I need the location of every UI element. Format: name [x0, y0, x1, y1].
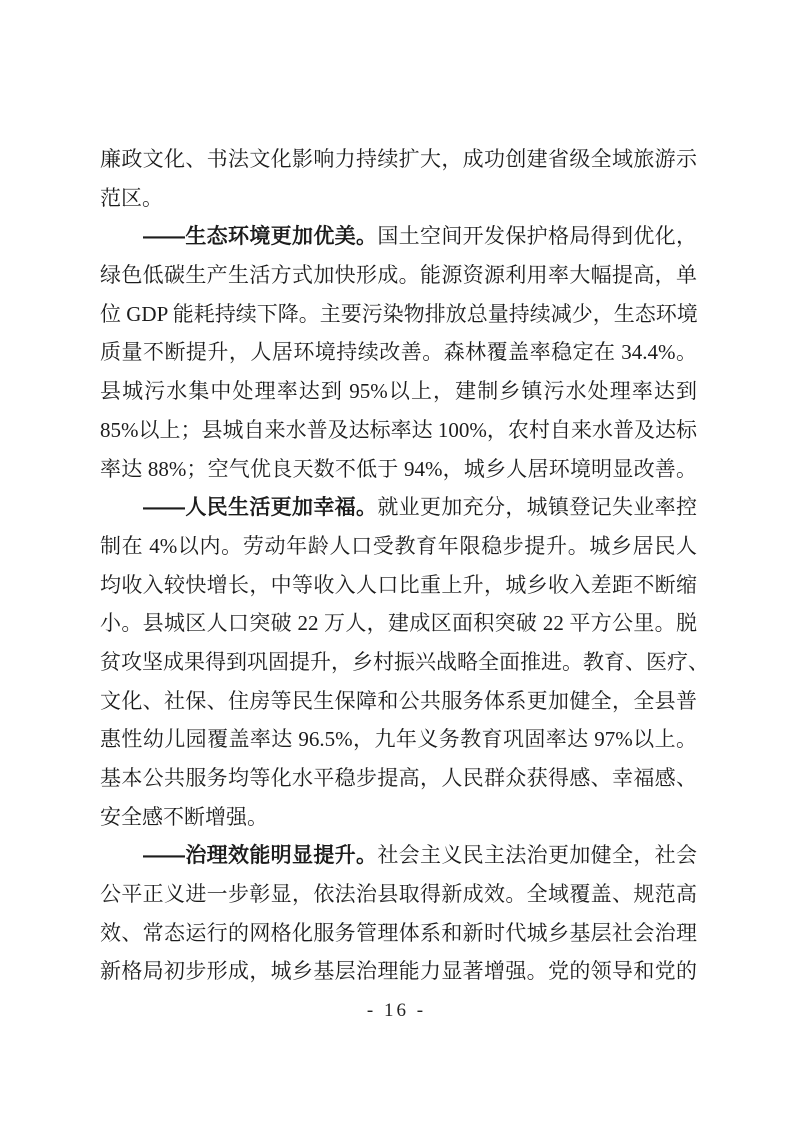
line-text: 贫攻坚成果得到巩固提升，乡村振兴战略全面推进。教育、医疗、	[100, 650, 709, 674]
line-text: 基本公共服务均等化水平稳步提高，人民群众获得感、幸福感、	[100, 766, 697, 790]
text-line: 基本公共服务均等化水平稳步提高，人民群众获得感、幸福感、	[100, 759, 697, 798]
text-line: 小。县城区人口突破 22 万人，建成区面积突破 22 平方公里。脱	[100, 604, 697, 643]
text-line: 位 GDP 能耗持续下降。主要污染物排放总量持续减少，生态环境	[100, 295, 697, 334]
text-line: 公平正义进一步彰显，依法治县取得新成效。全域覆盖、规范高	[100, 875, 697, 914]
line-text: 国土空间开发保护格局得到优化，	[377, 224, 697, 248]
line-text: 质量不断提升，人居环境持续改善。森林覆盖率稳定在 34.4%。	[100, 340, 697, 364]
text-line: 制在 4%以内。劳动年龄人口受教育年限稳步提升。城乡居民人	[100, 527, 697, 566]
text-line: 新格局初步形成，城乡基层治理能力显著增强。党的领导和党的	[100, 952, 697, 991]
text-line: 廉政文化、书法文化影响力持续扩大，成功创建省级全域旅游示	[100, 140, 697, 179]
line-text: 均收入较快增长，中等收入人口比重上升，城乡收入差距不断缩	[100, 573, 697, 597]
line-text: 85%以上；县城自来水普及达标率达 100%，农村自来水普及达标	[100, 418, 697, 442]
line-text: 位 GDP 能耗持续下降。主要污染物排放总量持续减少，生态环境	[100, 302, 698, 326]
section-heading-bold: ——人民生活更加幸福。	[143, 496, 377, 519]
line-text: 廉政文化、书法文化影响力持续扩大，成功创建省级全域旅游示	[100, 147, 697, 171]
line-text: 文化、社保、住房等民生保障和公共服务体系更加健全，全县普	[100, 689, 697, 713]
line-text: 小。县城区人口突破 22 万人，建成区面积突破 22 平方公里。脱	[100, 611, 697, 635]
section-heading-line-livelihood: ——人民生活更加幸福。就业更加充分，城镇登记失业率控	[100, 488, 697, 527]
text-line: 文化、社保、住房等民生保障和公共服务体系更加健全，全县普	[100, 682, 697, 721]
section-heading-line-governance: ——治理效能明显提升。社会主义民主法治更加健全，社会	[100, 836, 697, 875]
line-text: 社会主义民主法治更加健全，社会	[377, 843, 697, 867]
text-line: 效、常态运行的网格化服务管理体系和新时代城乡基层社会治理	[100, 914, 697, 953]
text-line: 质量不断提升，人居环境持续改善。森林覆盖率稳定在 34.4%。	[100, 333, 697, 372]
text-line: 率达 88%；空气优良天数不低于 94%，城乡人居环境明显改善。	[100, 450, 697, 489]
line-text: 就业更加充分，城镇登记失业率控	[377, 495, 697, 519]
line-text: 效、常态运行的网格化服务管理体系和新时代城乡基层社会治理	[100, 921, 697, 945]
text-block: 廉政文化、书法文化影响力持续扩大，成功创建省级全域旅游示 范区。 ——生态环境更…	[100, 140, 697, 991]
line-text: 率达 88%；空气优良天数不低于 94%，城乡人居环境明显改善。	[100, 457, 697, 481]
text-line: 绿色低碳生产生活方式加快形成。能源资源利用率大幅提高，单	[100, 256, 697, 295]
line-text: 惠性幼儿园覆盖率达 96.5%，九年义务教育巩固率达 97%以上。	[100, 727, 697, 751]
text-line: 贫攻坚成果得到巩固提升，乡村振兴战略全面推进。教育、医疗、	[100, 643, 697, 682]
text-line: 范区。	[100, 179, 697, 218]
line-text: 制在 4%以内。劳动年龄人口受教育年限稳步提升。城乡居民人	[100, 534, 697, 558]
text-line: 均收入较快增长，中等收入人口比重上升，城乡收入差距不断缩	[100, 566, 697, 605]
text-line: 安全感不断增强。	[100, 798, 697, 837]
line-text: 安全感不断增强。	[100, 805, 268, 829]
text-line: 惠性幼儿园覆盖率达 96.5%，九年义务教育巩固率达 97%以上。	[100, 720, 697, 759]
line-text: 绿色低碳生产生活方式加快形成。能源资源利用率大幅提高，单	[100, 263, 697, 287]
line-text: 新格局初步形成，城乡基层治理能力显著增强。党的领导和党的	[100, 959, 697, 983]
line-text: 县城污水集中处理率达到 95%以上，建制乡镇污水处理率达到	[100, 379, 697, 403]
line-text: 范区。	[100, 186, 163, 210]
page-number: - 16 -	[0, 1000, 793, 1022]
line-text: 公平正义进一步彰显，依法治县取得新成效。全域覆盖、规范高	[100, 882, 697, 906]
document-page: 廉政文化、书法文化影响力持续扩大，成功创建省级全域旅游示 范区。 ——生态环境更…	[0, 0, 793, 1122]
section-heading-line-ecology: ——生态环境更加优美。国土空间开发保护格局得到优化，	[100, 217, 697, 256]
text-line: 县城污水集中处理率达到 95%以上，建制乡镇污水处理率达到	[100, 372, 697, 411]
section-heading-bold: ——治理效能明显提升。	[143, 844, 377, 867]
section-heading-bold: ——生态环境更加优美。	[143, 225, 377, 248]
text-line: 85%以上；县城自来水普及达标率达 100%，农村自来水普及达标	[100, 411, 697, 450]
